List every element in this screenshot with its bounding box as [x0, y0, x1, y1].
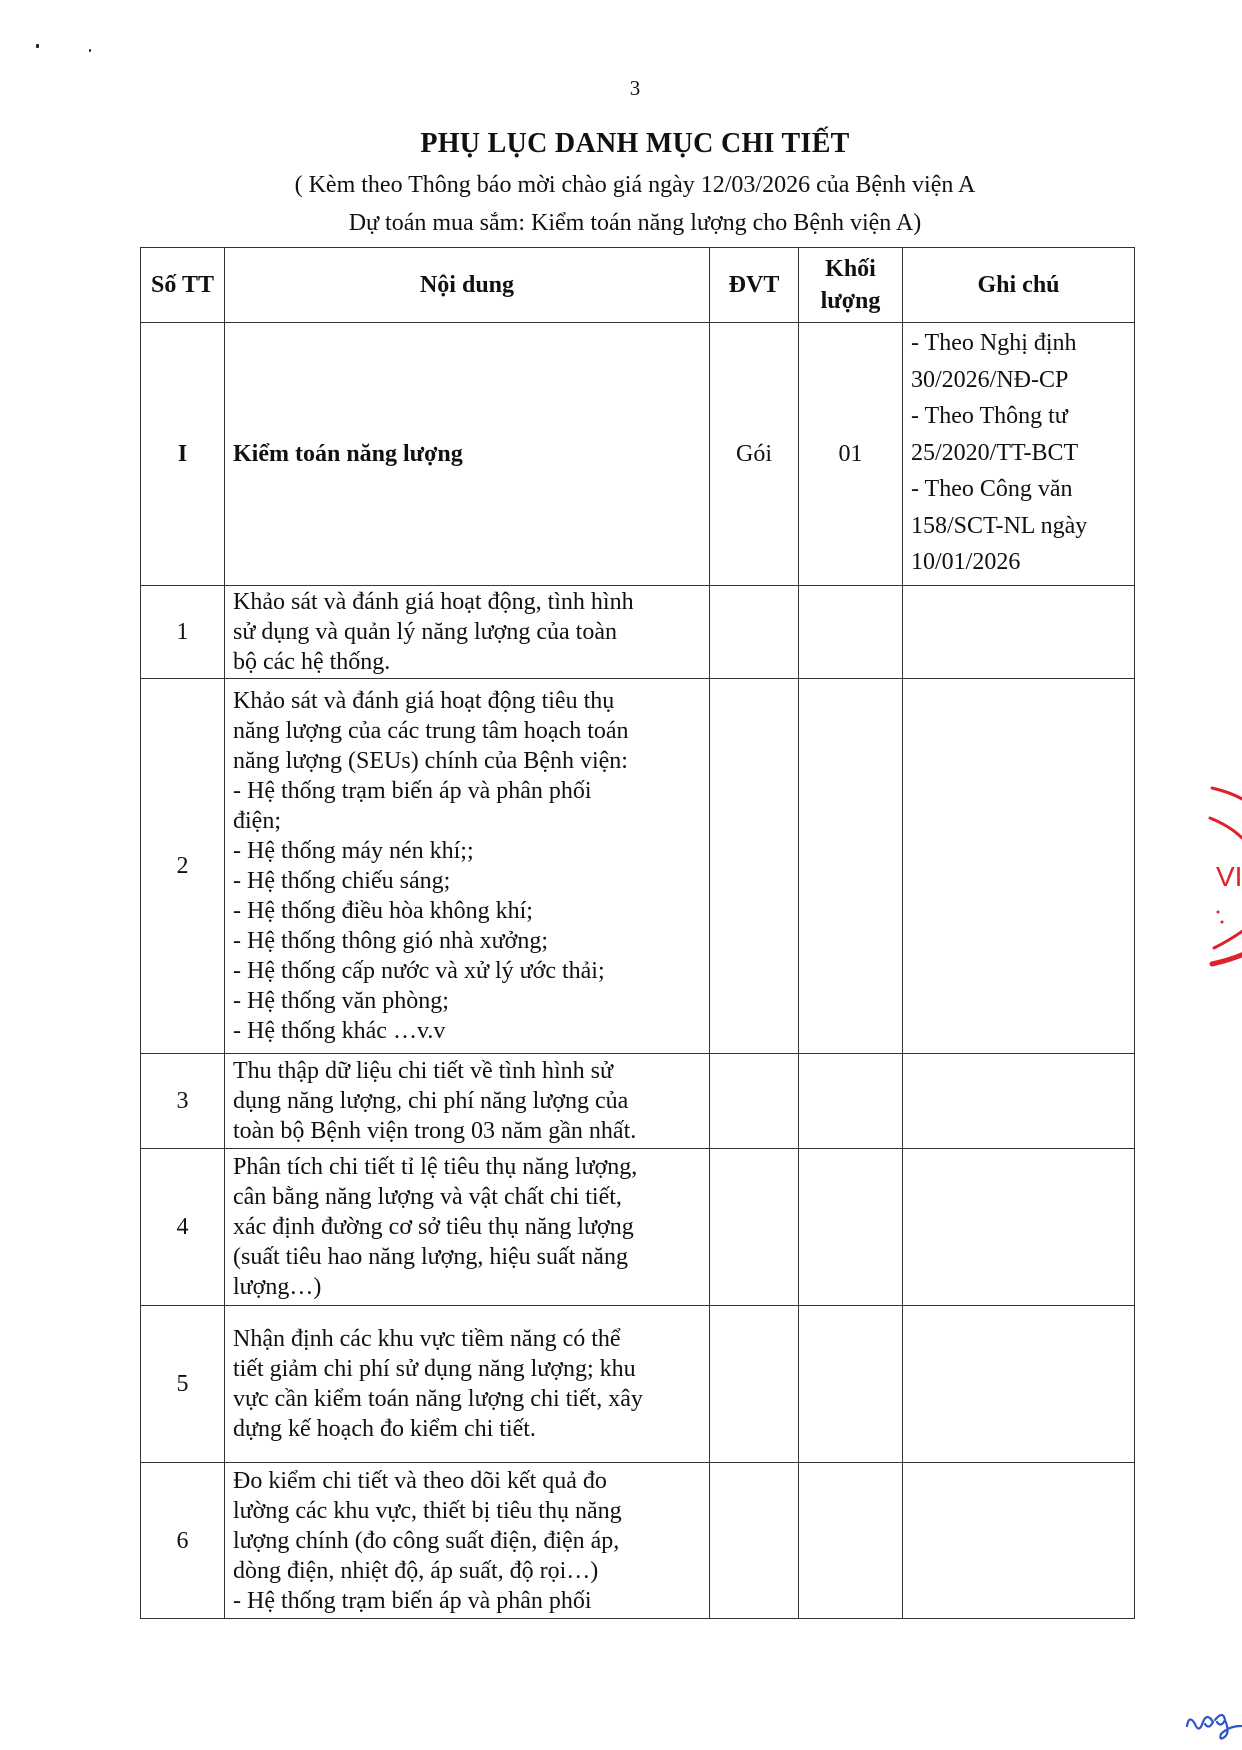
cell-content: Kiểm toán năng lượng	[225, 323, 710, 586]
table-row: 6 Đo kiểm chi tiết và theo dõi kết quả đ…	[141, 1463, 1135, 1619]
cell-stt: 3	[141, 1054, 225, 1149]
table-row: I Kiểm toán năng lượng Gói 01 - Theo Ngh…	[141, 323, 1135, 586]
cell-quantity	[799, 1149, 903, 1306]
cell-quantity	[799, 1054, 903, 1149]
page-number: 3	[0, 76, 1242, 101]
header-quantity: Khối lượng	[799, 248, 903, 323]
cell-content: Phân tích chi tiết tỉ lệ tiêu thụ năng l…	[225, 1149, 710, 1306]
document-subtitle-line-2: Dự toán mua sắm: Kiểm toán năng lượng ch…	[0, 210, 1242, 237]
table-row: 3 Thu thập dữ liệu chi tiết về tình hình…	[141, 1054, 1135, 1149]
cell-note: - Theo Nghị định 30/2026/NĐ-CP - Theo Th…	[903, 323, 1135, 586]
cell-note	[903, 586, 1135, 679]
cell-content: Thu thập dữ liệu chi tiết về tình hình s…	[225, 1054, 710, 1149]
cell-unit	[710, 586, 799, 679]
cell-stt: 4	[141, 1149, 225, 1306]
cell-content: Khảo sát và đánh giá hoạt động tiêu thụ …	[225, 679, 710, 1054]
cell-unit	[710, 1054, 799, 1149]
cell-note	[903, 1054, 1135, 1149]
cell-quantity: 01	[799, 323, 903, 586]
document-subtitle-line-1: ( Kèm theo Thông báo mời chào giá ngày 1…	[0, 172, 1242, 199]
cell-note	[903, 1149, 1135, 1306]
table-row: 4 Phân tích chi tiết tỉ lệ tiêu thụ năng…	[141, 1149, 1135, 1306]
header-unit: ĐVT	[710, 248, 799, 323]
table-row: 2 Khảo sát và đánh giá hoạt động tiêu th…	[141, 679, 1135, 1054]
cell-stt: 1	[141, 586, 225, 679]
cell-stt: 6	[141, 1463, 225, 1619]
scan-speck	[36, 44, 39, 48]
table-row: 1 Khảo sát và đánh giá hoạt động, tình h…	[141, 586, 1135, 679]
cell-content: Khảo sát và đánh giá hoạt động, tình hìn…	[225, 586, 710, 679]
cell-unit	[710, 1306, 799, 1463]
header-stt: Số TT	[141, 248, 225, 323]
cell-note	[903, 1463, 1135, 1619]
table-header-row: Số TT Nội dung ĐVT Khối lượng Ghi chú	[141, 248, 1135, 323]
cell-unit	[710, 1149, 799, 1306]
cell-stt: I	[141, 323, 225, 586]
cell-unit	[710, 679, 799, 1054]
cell-unit	[710, 1463, 799, 1619]
stamp-text: VIỆ	[1216, 861, 1242, 892]
table-row: 5 Nhận định các khu vực tiềm năng có thể…	[141, 1306, 1135, 1463]
cell-note	[903, 1306, 1135, 1463]
header-note: Ghi chú	[903, 248, 1135, 323]
cell-content: Nhận định các khu vực tiềm năng có thể t…	[225, 1306, 710, 1463]
cell-content: Đo kiểm chi tiết và theo dõi kết quả đo …	[225, 1463, 710, 1619]
header-content: Nội dung	[225, 248, 710, 323]
signature-initials	[1185, 1700, 1242, 1740]
cell-quantity	[799, 1463, 903, 1619]
cell-note	[903, 679, 1135, 1054]
detail-table: Số TT Nội dung ĐVT Khối lượng Ghi chú I …	[140, 247, 1135, 1619]
cell-stt: 5	[141, 1306, 225, 1463]
document-title: PHỤ LỤC DANH MỤC CHI TIẾT	[0, 128, 1242, 160]
cell-unit: Gói	[710, 323, 799, 586]
scan-speck	[89, 49, 91, 52]
cell-stt: 2	[141, 679, 225, 1054]
cell-quantity	[799, 679, 903, 1054]
cell-quantity	[799, 1306, 903, 1463]
red-stamp-fragment: VIỆ	[1200, 770, 1242, 970]
cell-quantity	[799, 586, 903, 679]
